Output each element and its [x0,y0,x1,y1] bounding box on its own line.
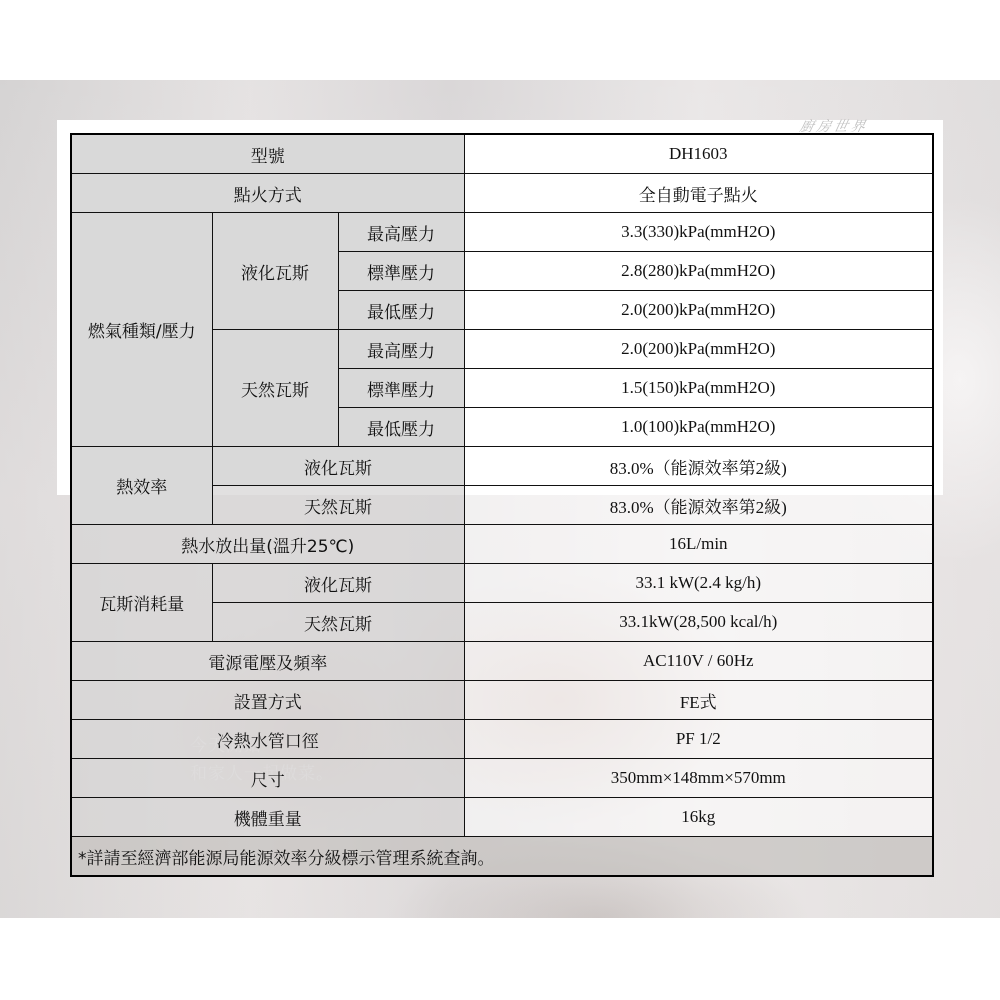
row-power: 電源電壓及頻率 AC110V / 60Hz [71,642,933,681]
consumption-ng-label: 天然瓦斯 [212,603,464,642]
pipe-label: 冷熱水管口徑 [71,720,464,759]
row-lpg-max: 燃氣種類/壓力 液化瓦斯 最高壓力 3.3(330)kPa(mmH2O) [71,213,933,252]
efficiency-lpg-label: 液化瓦斯 [212,447,464,486]
row-consumption-lpg: 瓦斯消耗量 液化瓦斯 33.1 kW(2.4 kg/h) [71,564,933,603]
hot-water-label: 熱水放出量(溫升25℃) [71,525,464,564]
row-model: 型號 DH1603 [71,134,933,174]
lpg-min-value: 2.0(200)kPa(mmH2O) [464,291,933,330]
dimensions-label: 尺寸 [71,759,464,798]
installation-label: 設置方式 [71,681,464,720]
consumption-ng-value: 33.1kW(28,500 kcal/h) [464,603,933,642]
row-efficiency-lpg: 熱效率 液化瓦斯 83.0%（能源效率第2級) [71,447,933,486]
consumption-lpg-label: 液化瓦斯 [212,564,464,603]
ng-max-value: 2.0(200)kPa(mmH2O) [464,330,933,369]
lpg-label: 液化瓦斯 [212,213,338,330]
efficiency-label: 熱效率 [71,447,212,525]
row-ignition: 點火方式 全自動電子點火 [71,174,933,213]
footnote: *詳請至經濟部能源局能源效率分級標示管理系統查詢。 [71,837,933,877]
model-label: 型號 [71,134,464,174]
row-dimensions: 尺寸 350mm×148mm×570mm [71,759,933,798]
lpg-min-label: 最低壓力 [338,291,464,330]
ng-min-value: 1.0(100)kPa(mmH2O) [464,408,933,447]
ng-label: 天然瓦斯 [212,330,338,447]
hot-water-value: 16L/min [464,525,933,564]
power-label: 電源電壓及頻率 [71,642,464,681]
ignition-label: 點火方式 [71,174,464,213]
dimensions-value: 350mm×148mm×570mm [464,759,933,798]
lpg-max-label: 最高壓力 [338,213,464,252]
lpg-std-label: 標準壓力 [338,252,464,291]
consumption-lpg-value: 33.1 kW(2.4 kg/h) [464,564,933,603]
weight-label: 機體重量 [71,798,464,837]
pipe-value: PF 1/2 [464,720,933,759]
row-pipe: 冷熱水管口徑 PF 1/2 [71,720,933,759]
lpg-std-value: 2.8(280)kPa(mmH2O) [464,252,933,291]
consumption-label: 瓦斯消耗量 [71,564,212,642]
weight-value: 16kg [464,798,933,837]
ng-std-value: 1.5(150)kPa(mmH2O) [464,369,933,408]
efficiency-ng-value: 83.0%（能源效率第2級) [464,486,933,525]
ng-max-label: 最高壓力 [338,330,464,369]
model-value: DH1603 [464,134,933,174]
spec-table: 型號 DH1603 點火方式 全自動電子點火 燃氣種類/壓力 液化瓦斯 最高壓力… [70,133,934,877]
row-footnote: *詳請至經濟部能源局能源效率分級標示管理系統查詢。 [71,837,933,877]
ignition-value: 全自動電子點火 [464,174,933,213]
row-installation: 設置方式 FE式 [71,681,933,720]
row-weight: 機體重量 16kg [71,798,933,837]
efficiency-ng-label: 天然瓦斯 [212,486,464,525]
power-value: AC110V / 60Hz [464,642,933,681]
row-hot-water: 熱水放出量(溫升25℃) 16L/min [71,525,933,564]
watermark-logo: 廚房世界 [798,116,870,136]
ng-std-label: 標準壓力 [338,369,464,408]
gas-pressure-label: 燃氣種類/壓力 [71,213,212,447]
ng-min-label: 最低壓力 [338,408,464,447]
lpg-max-value: 3.3(330)kPa(mmH2O) [464,213,933,252]
installation-value: FE式 [464,681,933,720]
efficiency-lpg-value: 83.0%（能源效率第2級) [464,447,933,486]
